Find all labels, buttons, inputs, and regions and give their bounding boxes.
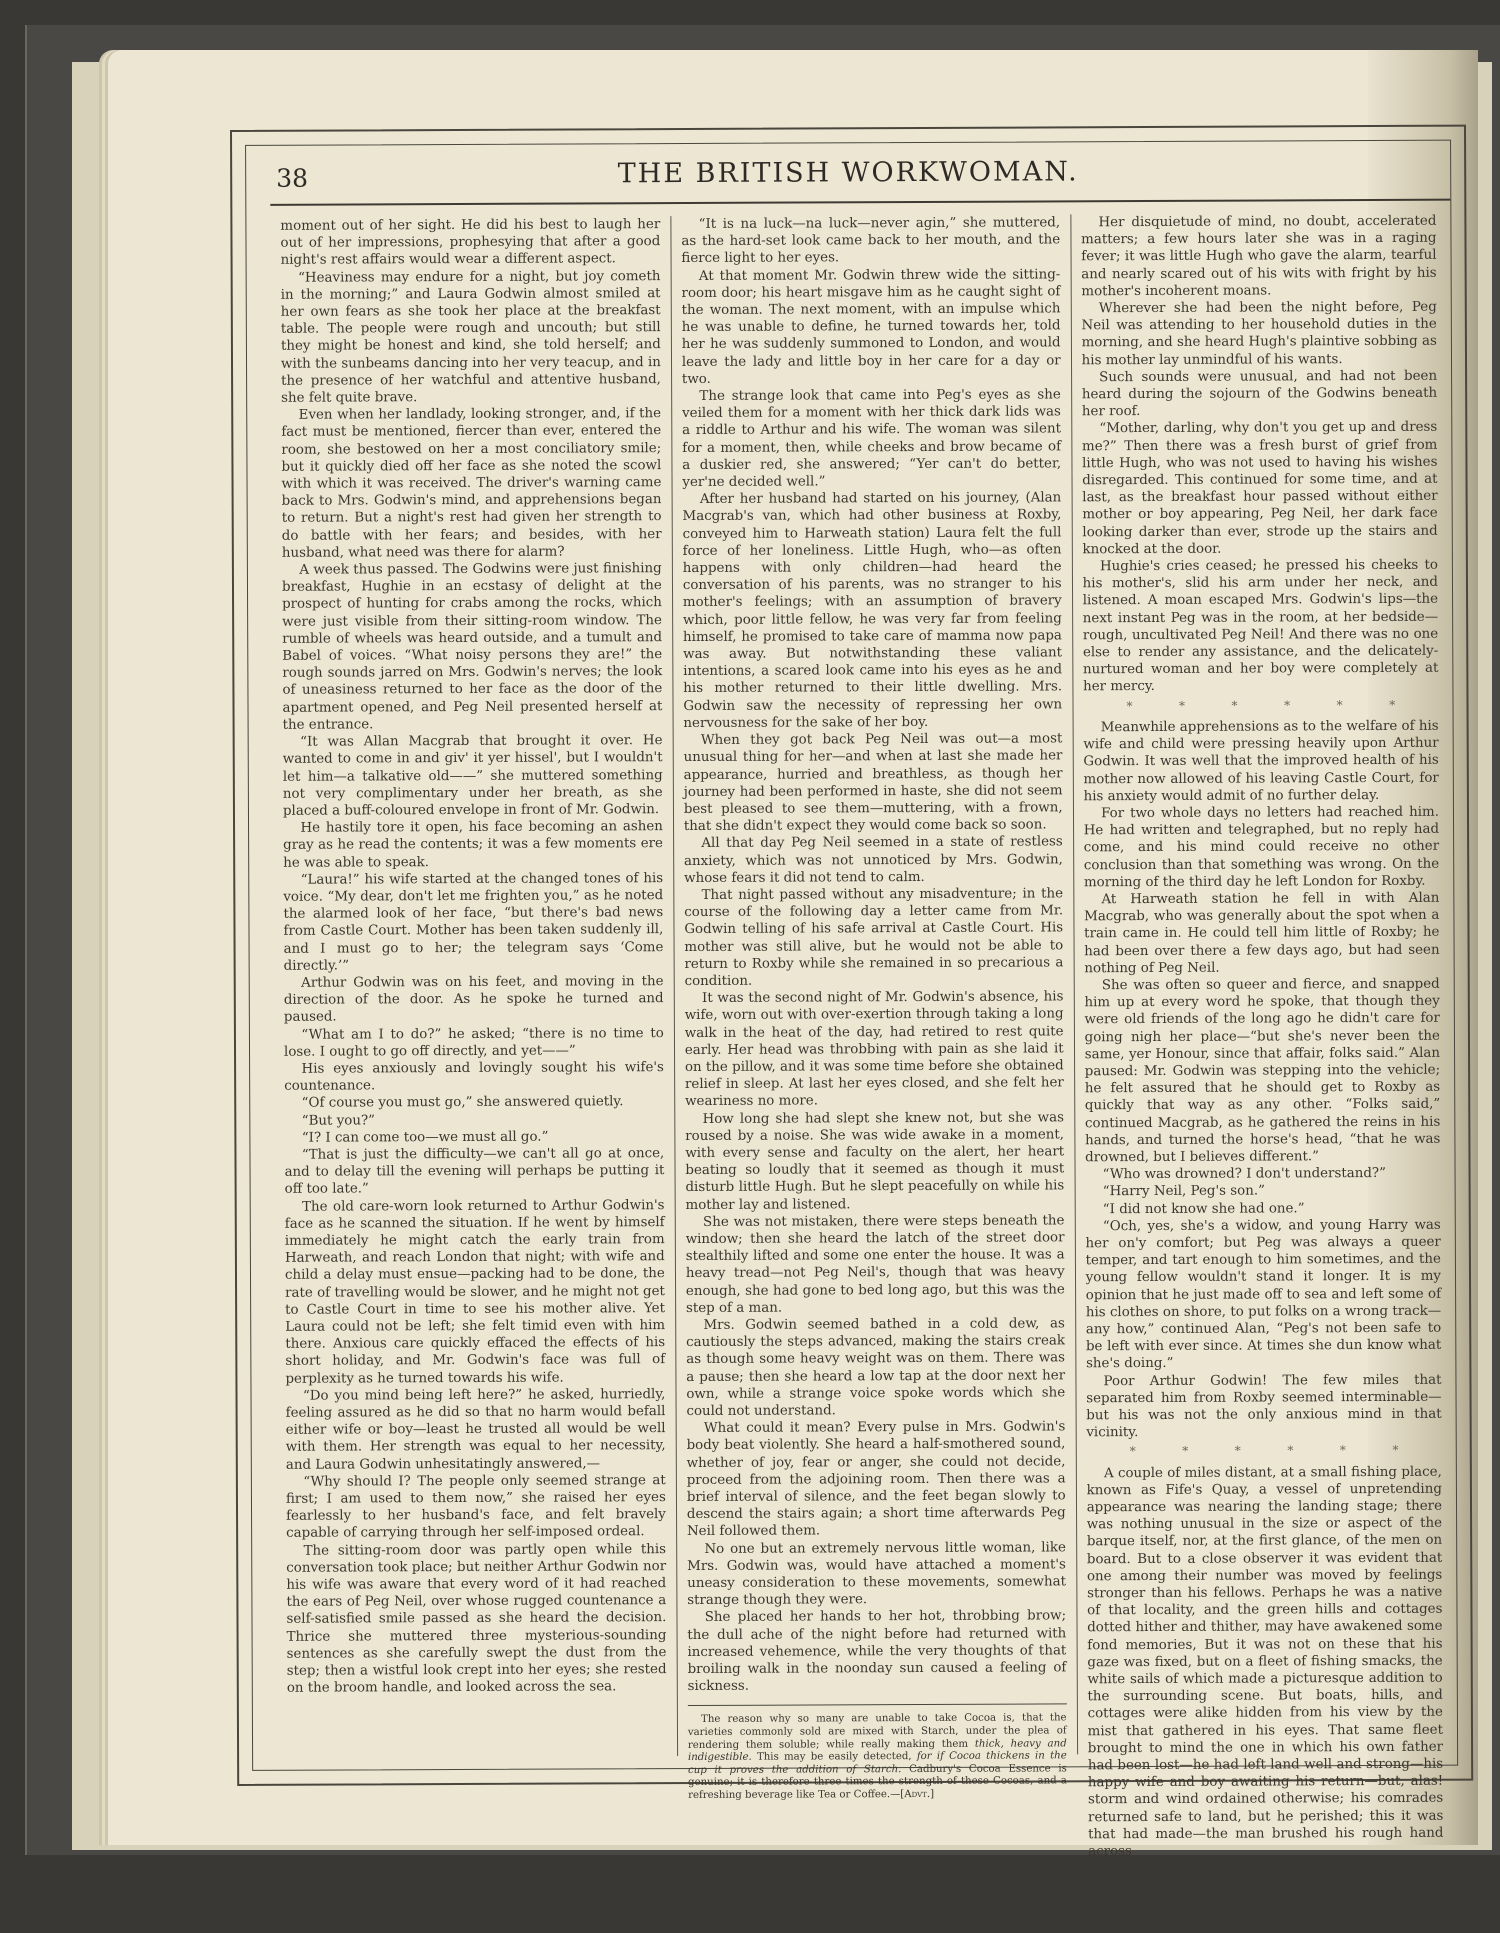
advert-tag: Advt.	[904, 1789, 930, 1800]
advert-fragment: This may be easily detected,	[752, 1751, 917, 1763]
paragraph: What could it mean? Every pulse in Mrs. …	[686, 1419, 1065, 1541]
paragraph: “Of course you must go,” she answered qu…	[284, 1093, 664, 1112]
paragraph: “I? I can come too—we must all go.”	[284, 1128, 664, 1147]
paragraph: The strange look that came into Peg's ey…	[682, 386, 1061, 491]
paragraph: Wherever she had been the night before, …	[1081, 299, 1437, 369]
paragraph: That night passed without any misadventu…	[684, 885, 1063, 990]
paragraph: “It is na luck—na luck—never agin,” she …	[681, 214, 1060, 267]
paragraph: The sitting-room door was partly open wh…	[286, 1541, 667, 1697]
asterisk-ornament: *	[1182, 1443, 1188, 1460]
text-column-2: “It is na luck—na luck—never agin,” she …	[670, 214, 1077, 1756]
text-column-3: Her disquietude of mind, no doubt, accel…	[1070, 213, 1453, 1755]
paragraph: Mrs. Godwin seemed bathed in a cold dew,…	[686, 1315, 1065, 1420]
paragraph: At Harweath station he fell in with Alan…	[1084, 890, 1440, 978]
article-columns: moment out of her sight. He did his best…	[270, 213, 1453, 1758]
section-break-asterisks: ******	[1083, 694, 1438, 719]
asterisk-ornament: *	[1287, 1443, 1293, 1460]
asterisk-ornament: *	[1337, 697, 1343, 714]
paragraph: His eyes anxiously and lovingly sought h…	[284, 1059, 664, 1095]
paragraph: For two whole days no letters had reache…	[1084, 804, 1440, 892]
paragraph: He hastily tore it open, his face becomi…	[283, 818, 663, 871]
paragraph: A week thus passed. The Godwins were jus…	[282, 560, 663, 734]
paragraph: Hughie's cries ceased; he pressed his ch…	[1083, 557, 1439, 696]
asterisk-ornament: *	[1232, 697, 1238, 714]
paragraph: “Why should I? The people only seemed st…	[286, 1472, 666, 1542]
page-border-inner: 38 THE BRITISH WORKWOMAN. moment out of …	[245, 140, 1458, 1771]
asterisk-ornament: *	[1235, 1443, 1241, 1460]
paragraph: “That is just the difficulty—we can't al…	[284, 1145, 664, 1198]
paragraph: “It was Allan Macgrab that brought it ov…	[283, 732, 663, 820]
cocoa-advertisement: The reason why so many are unable to tak…	[688, 1704, 1067, 1803]
paragraph: After her husband had started on his jou…	[682, 490, 1062, 732]
paragraph: “Harry Neil, Peg's son.”	[1085, 1182, 1440, 1201]
paragraph: She was not mistaken, there were steps b…	[686, 1212, 1065, 1317]
asterisk-ornament: *	[1392, 1442, 1398, 1459]
text-column-1: moment out of her sight. He did his best…	[270, 216, 677, 1758]
paragraph: When they got back Peg Neil was out—a mo…	[683, 730, 1062, 835]
running-header: 38 THE BRITISH WORKWOMAN.	[246, 149, 1450, 202]
paragraph: Such sounds were unusual, and had not be…	[1082, 368, 1438, 421]
asterisk-ornament: *	[1179, 698, 1185, 715]
paragraph: Her disquietude of mind, no doubt, accel…	[1081, 213, 1437, 301]
paragraph: “Do you mind being left here?” he asked,…	[285, 1386, 665, 1474]
paragraph: “Laura!” his wife started at the changed…	[283, 870, 663, 975]
advertisement-text: The reason why so many are unable to tak…	[688, 1713, 1067, 1803]
paragraph: “Och, yes, she's a widow, and young Harr…	[1085, 1217, 1441, 1373]
page-border-outer: 38 THE BRITISH WORKWOMAN. moment out of …	[230, 125, 1473, 1786]
paragraph: The old care-worn look returned to Arthu…	[285, 1197, 666, 1388]
paragraph: How long she had slept she knew not, but…	[685, 1109, 1064, 1214]
asterisk-ornament: *	[1284, 697, 1290, 714]
paragraph: Arthur Godwin was on his feet, and movin…	[284, 973, 664, 1026]
paragraph: All that day Peg Neil seemed in a state …	[684, 834, 1063, 887]
paragraph: “Who was drowned? I don't understand?”	[1085, 1165, 1440, 1184]
paragraph: “Heaviness may endure for a night, but j…	[281, 268, 661, 407]
paragraph: “What am I to do?” he asked; “there is n…	[284, 1025, 664, 1061]
paragraph: “I did not know she had one.”	[1085, 1199, 1440, 1218]
advert-fragment: ]	[930, 1789, 934, 1800]
paragraph: She placed her hands to her hot, throbbi…	[687, 1608, 1066, 1696]
asterisk-ornament: *	[1130, 1443, 1136, 1460]
paragraph: She was often so queer and fierce, and s…	[1084, 976, 1440, 1167]
asterisk-ornament: *	[1126, 698, 1132, 715]
paragraph: “Mother, darling, why don't you get up a…	[1082, 419, 1438, 558]
paragraph: Poor Arthur Godwin! The few miles that s…	[1086, 1371, 1442, 1441]
paragraph: No one but an extremely nervous little w…	[687, 1539, 1066, 1609]
asterisk-ornament: *	[1340, 1443, 1346, 1460]
paragraph: moment out of her sight. He did his best…	[280, 216, 660, 269]
paragraph: It was the second night of Mr. Godwin's …	[685, 989, 1064, 1111]
paragraph: “But you?”	[284, 1111, 664, 1130]
paragraph: A couple of miles distant, at a small fi…	[1086, 1463, 1443, 1860]
paragraph: Meanwhile apprehensions as to the welfar…	[1083, 718, 1439, 806]
publication-title: THE BRITISH WORKWOMAN.	[246, 155, 1450, 191]
asterisk-ornament: *	[1389, 697, 1395, 714]
section-break-asterisks: ******	[1086, 1440, 1441, 1465]
paragraph: At that moment Mr. Godwin threw wide the…	[681, 266, 1060, 388]
paragraph: Even when her landlady, looking stronger…	[281, 405, 662, 561]
